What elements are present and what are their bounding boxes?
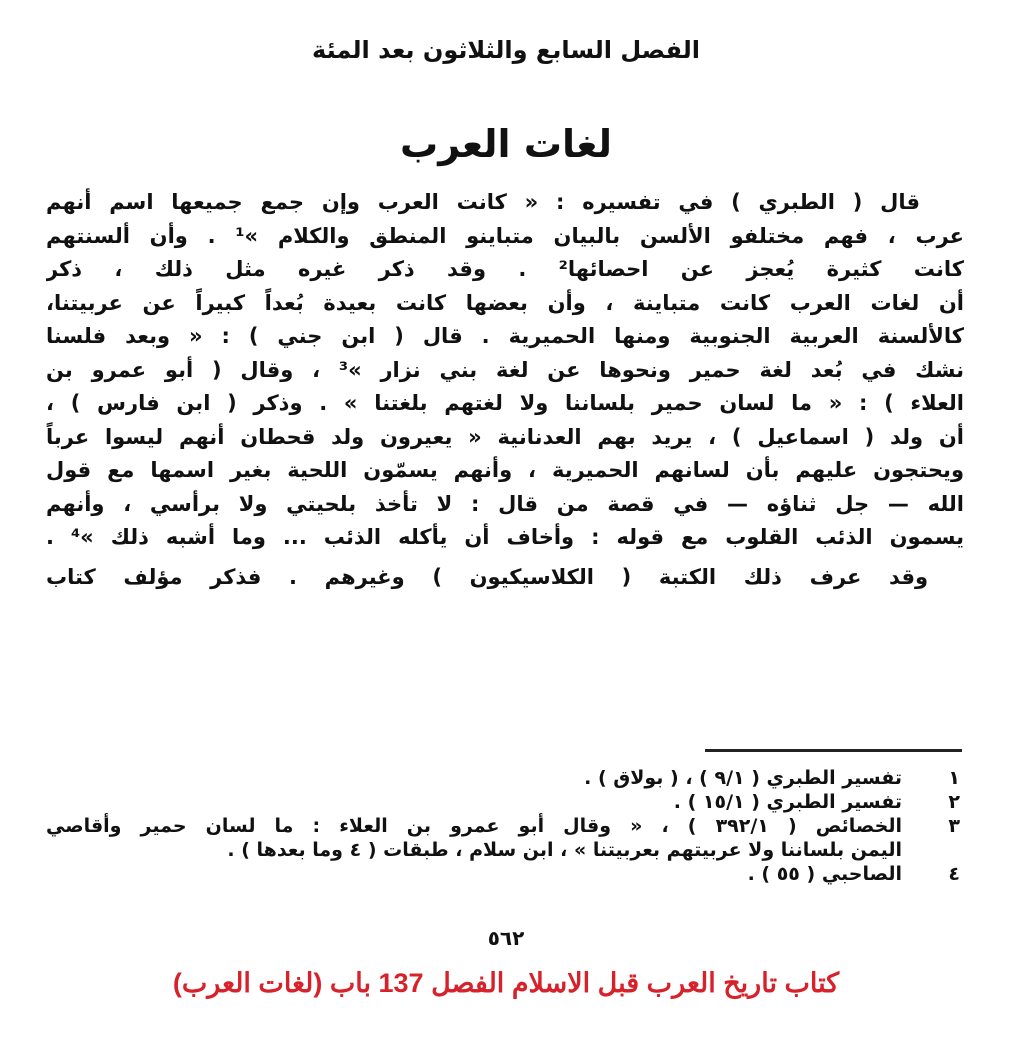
footnote-number: ٤ xyxy=(902,862,964,886)
body-line: نشك في بُعد لغة حمير ونحوها عن لغة بني ن… xyxy=(46,354,964,388)
footnote-4: ٤ الصاحبي ( ٥٥ ) . xyxy=(46,862,964,886)
footnote-text: تفسير الطبري ( ٩/١ ) ، ( بولاق ) . xyxy=(46,766,902,790)
footnote-2: ٢ تفسير الطبري ( ١٥/١ ) . xyxy=(46,790,964,814)
footnote-text: الخصائص ( ٣٩٢/١ ) ، « وقال أبو عمرو بن ا… xyxy=(46,814,902,862)
red-caption: كتاب تاريخ العرب قبل الاسلام الفصل 137 ب… xyxy=(0,968,1012,999)
body-text: قال ( الطبري ) في تفسيره : « كانت العرب … xyxy=(46,186,964,594)
footnote-1: ١ تفسير الطبري ( ٩/١ ) ، ( بولاق ) . xyxy=(46,766,964,790)
footnote-number: ٢ xyxy=(902,790,964,814)
body-line: قال ( الطبري ) في تفسيره : « كانت العرب … xyxy=(46,186,964,220)
footnote-line: اليمن بلساننا ولا عربيتهم بعربيتنا » ، ا… xyxy=(46,838,902,862)
footnote-number: ٣ xyxy=(902,814,964,838)
body-line: يسمون الذئب القلوب مع قوله : وأخاف أن يأ… xyxy=(46,521,964,555)
footnote-separator xyxy=(705,749,962,752)
body-line: كالألسنة العربية الجنوبية ومنها الحميرية… xyxy=(46,320,964,354)
page-number: ٥٦٢ xyxy=(0,926,1012,950)
body-line: ويحتجون عليهم بأن لسانهم الحميرية ، وأنه… xyxy=(46,454,964,488)
footnotes: ١ تفسير الطبري ( ٩/١ ) ، ( بولاق ) . ٢ ت… xyxy=(46,766,964,886)
footnote-line: الخصائص ( ٣٩٢/١ ) ، « وقال أبو عمرو بن ا… xyxy=(46,814,902,838)
scanned-book-page: الفصل السابع والثلاثون بعد المئة لغات ال… xyxy=(0,0,1012,1048)
body-line: العلاء ) : « ما لسان حمير بلساننا ولا لغ… xyxy=(46,387,964,421)
body-line: الله — جل ثناؤه — في قصة من قال : لا تأخ… xyxy=(46,488,964,522)
footnote-3: ٣ الخصائص ( ٣٩٢/١ ) ، « وقال أبو عمرو بن… xyxy=(46,814,964,862)
body-line: وقد عرف ذلك الكتبة ( الكلاسيكيون ) وغيره… xyxy=(46,561,964,595)
chapter-title: لغات العرب xyxy=(0,122,1012,166)
paragraph-2: وقد عرف ذلك الكتبة ( الكلاسيكيون ) وغيره… xyxy=(46,561,964,595)
running-head: الفصل السابع والثلاثون بعد المئة xyxy=(0,36,1012,64)
footnote-number: ١ xyxy=(902,766,964,790)
footnote-text: الصاحبي ( ٥٥ ) . xyxy=(46,862,902,886)
body-line: عرب ، فهم مختلفو الألسن بالبيان متباينو … xyxy=(46,220,964,254)
body-line: كانت كثيرة يُعجز عن احصائها² . وقد ذكر غ… xyxy=(46,253,964,287)
body-line: أن ولد ( اسماعيل ) ، يريد بهم العدنانية … xyxy=(46,421,964,455)
footnote-line: تفسير الطبري ( ١٥/١ ) . xyxy=(46,790,902,814)
paragraph-1: قال ( الطبري ) في تفسيره : « كانت العرب … xyxy=(46,186,964,555)
footnote-line: تفسير الطبري ( ٩/١ ) ، ( بولاق ) . xyxy=(46,766,902,790)
footnote-text: تفسير الطبري ( ١٥/١ ) . xyxy=(46,790,902,814)
footnote-line: الصاحبي ( ٥٥ ) . xyxy=(46,862,902,886)
body-line: أن لغات العرب كانت متباينة ، وأن بعضها ك… xyxy=(46,287,964,321)
